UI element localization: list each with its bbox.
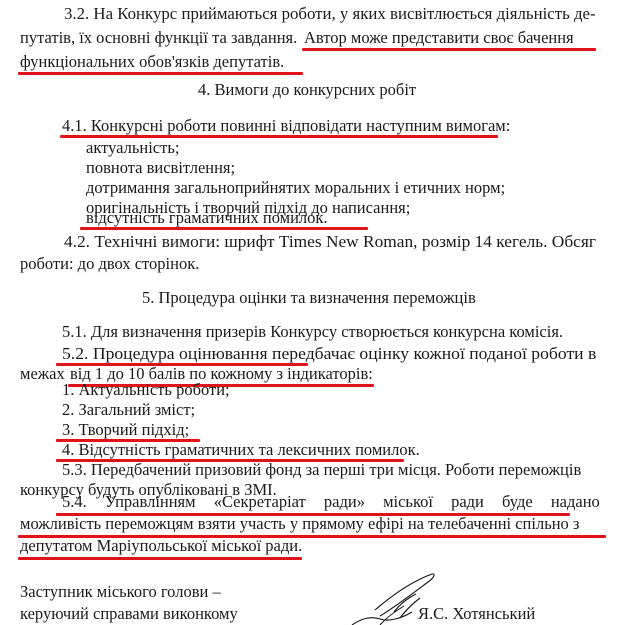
paragraph-5-4-line-2: можливість переможцям взяти участь у пря… [20, 514, 579, 534]
red-underline [80, 227, 368, 230]
paragraph-3-2-line-1: 3.2. На Конкурс приймаються роботи, у як… [64, 4, 596, 24]
paragraph-4-1-intro: 4.1. Конкурсні роботи повинні відповідат… [62, 116, 510, 136]
red-underline [302, 48, 596, 51]
section-5-heading: 5. Процедура оцінки та визначення перемо… [142, 288, 476, 308]
indicator-item: 1. Актуальність роботи; [62, 380, 230, 400]
requirement-item: відсутність граматичних помилок. [86, 208, 328, 228]
indicator-item: 2. Загальний зміст; [62, 400, 195, 420]
paragraph-3-2-line-2a: путатів, їх основні функції та завдання. [20, 28, 297, 48]
paragraph-3-2-line-2b: Автор може представити своє бачення [304, 28, 574, 48]
paragraph-5-1: 5.1. Для визначення призерів Конкурсу ст… [62, 322, 563, 342]
document-page: 3.2. На Конкурс приймаються роботи, у як… [0, 0, 620, 625]
indicator-item: 3. Творчий підхід; [62, 420, 189, 440]
signatory-position-line-2: керуючий справами виконкому [20, 604, 238, 624]
requirement-item: повнота висвітлення; [86, 158, 235, 178]
paragraph-5-2-line-1: 5.2. Процедура оцінювання передбачає оці… [62, 344, 596, 364]
paragraph-5-2-line-2a: межах [20, 364, 65, 384]
signatory-name: Я.С. Хотянський [418, 604, 535, 624]
red-underline [18, 72, 303, 75]
requirement-item: актуальність; [86, 138, 179, 158]
paragraph-5-3-line-1: 5.3. Передбачений призовий фонд за перші… [62, 460, 581, 480]
section-4-heading: 4. Вимоги до конкурсних робіт [198, 80, 416, 100]
paragraph-3-2-line-3: функціональних обов'язків депутатів. [20, 52, 284, 72]
requirement-item: дотримання загальноприйнятих моральних і… [86, 178, 505, 198]
indicator-item: 4. Відсутність граматичних та лексичних … [62, 440, 420, 460]
paragraph-5-4-line-1: 5.4. Управлінням «Секретаріат ради» місь… [62, 492, 596, 512]
paragraph-5-4-line-3: депутатом Маріупольської міської ради. [20, 536, 302, 556]
paragraph-4-2-line-2: роботи: до двох сторінок. [20, 254, 199, 274]
red-underline [18, 557, 302, 560]
paragraph-4-2-line-1: 4.2. Технічні вимоги: шрифт Times New Ro… [64, 232, 596, 252]
signatory-position-line-1: Заступник міського голови – [20, 582, 221, 602]
